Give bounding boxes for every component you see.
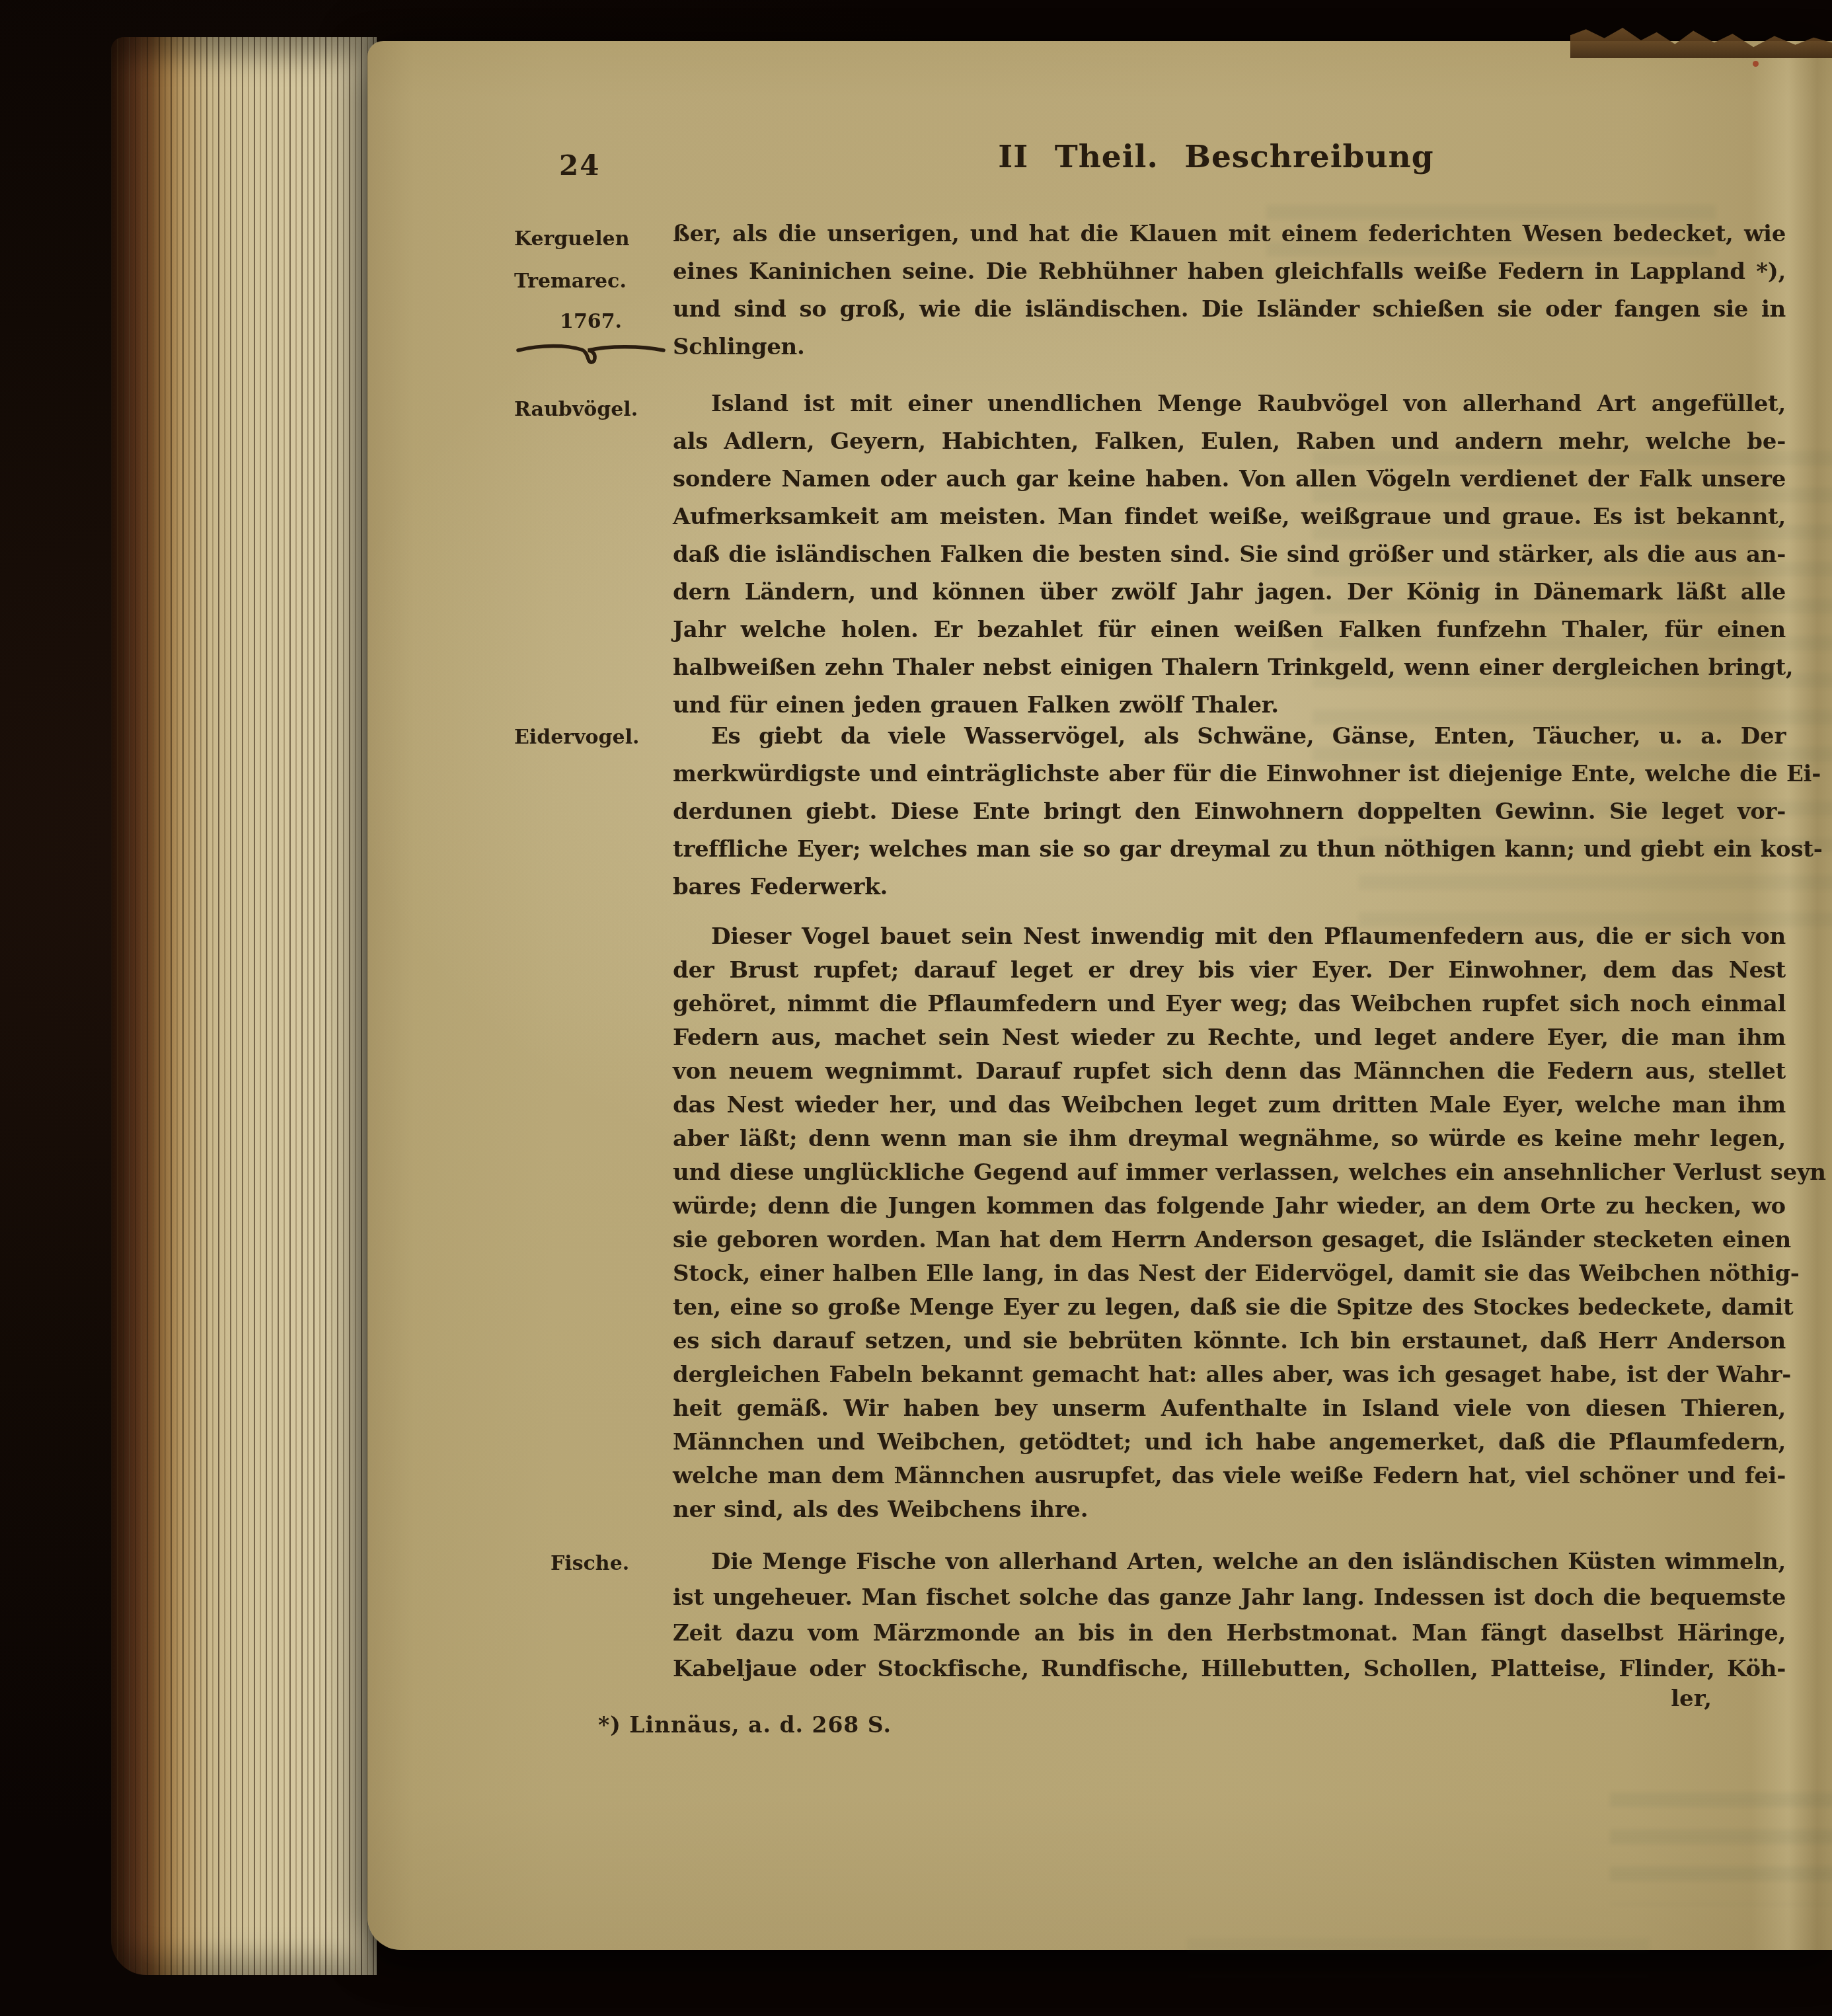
margin-note-year: 1767. [514,303,668,341]
scanned-book-photo: { "palette":{"background":"#120a05","pap… [0,0,1832,2016]
page-number: 24 [559,149,600,182]
margin-note-fische: Fische. [551,1543,704,1585]
margin-note-line: Kerguelen [514,227,629,251]
bleedthrough-smudge [1187,1938,1650,1978]
margin-note-kerguelen: Kerguelen Tremarec. 1767. [514,218,668,370]
bleedthrough-smudge [1359,801,1832,927]
catchword: ler, [673,1686,1712,1712]
running-header: II Theil. Beschreibung [674,139,1758,175]
margin-note-eidervogel: Eidervogel. [514,717,668,759]
margin-note-raubvoegel: Raubvögel. [514,389,668,431]
frayed-page-top-edge [1570,21,1832,58]
brace-flourish [514,342,668,370]
margin-note-line: Tremarec. [514,270,627,293]
bleedthrough-smudge [1610,1793,1832,1905]
bleedthrough-smudge [1266,205,1716,278]
bleedthrough-smudge [1313,451,1832,761]
red-speck [1753,61,1759,67]
book-page-stack-edge [111,37,377,1975]
footnote: *) Linnäus, a. d. 268 S. [598,1712,892,1738]
